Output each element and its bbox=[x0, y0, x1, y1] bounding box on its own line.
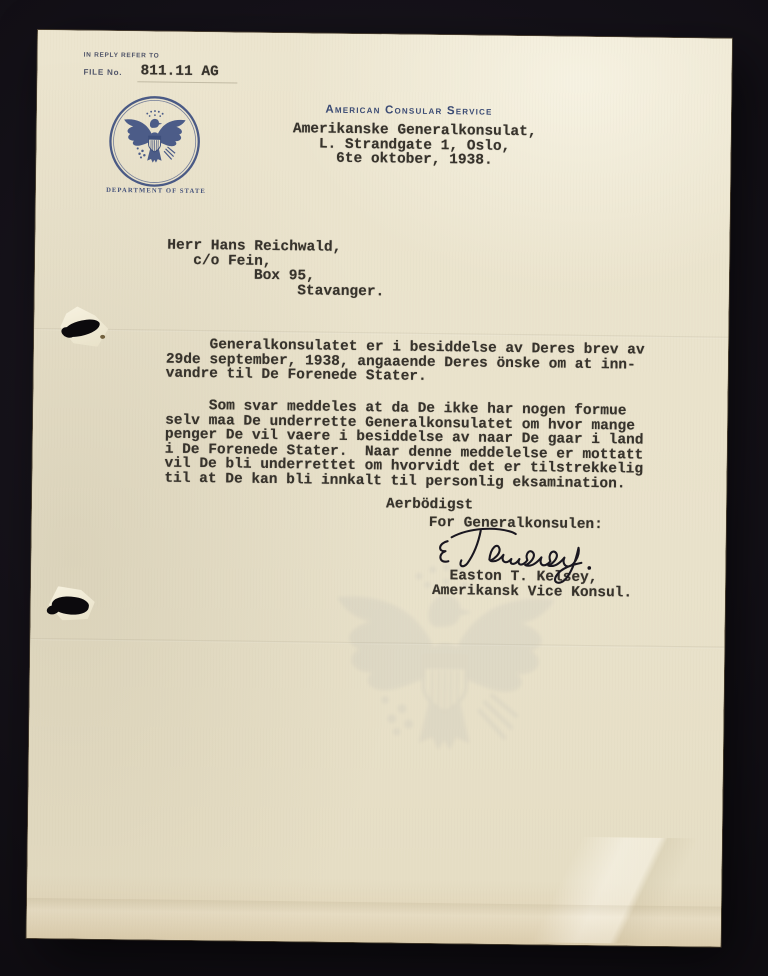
file-no-value: 811.11 AG bbox=[140, 64, 219, 80]
letterhead-typed-lines: Amerikanske Generalkonsulat, L. Strandga… bbox=[114, 120, 715, 171]
valediction: Aerbödigst bbox=[386, 497, 473, 513]
body-paragraph-2: Som svar meddeles at da De ikke har noge… bbox=[164, 399, 644, 493]
fold-crease-top bbox=[34, 328, 728, 339]
seal-caption: DEPARTMENT OF STATE bbox=[95, 187, 217, 196]
paper-speck bbox=[100, 335, 105, 339]
bottom-crease-band bbox=[27, 898, 721, 947]
file-no-label: FILE No. bbox=[83, 68, 122, 77]
body-paragraph-1: Generalkonsulatet er i besiddelse av Der… bbox=[166, 338, 645, 388]
in-reply-caption: IN REPLY REFER TO bbox=[84, 52, 160, 60]
recipient-address: Herr Hans Reichwald, c/o Fein, Box 95, S… bbox=[167, 239, 385, 300]
letterhead-title: American Consular Service bbox=[159, 102, 659, 120]
file-no-line bbox=[137, 81, 237, 83]
letter-paper: IN REPLY REFER TO FILE No. 811.11 AG bbox=[27, 30, 732, 947]
photo-mat: IN REPLY REFER TO FILE No. 811.11 AG bbox=[0, 0, 768, 976]
signature-handwriting bbox=[433, 521, 604, 587]
